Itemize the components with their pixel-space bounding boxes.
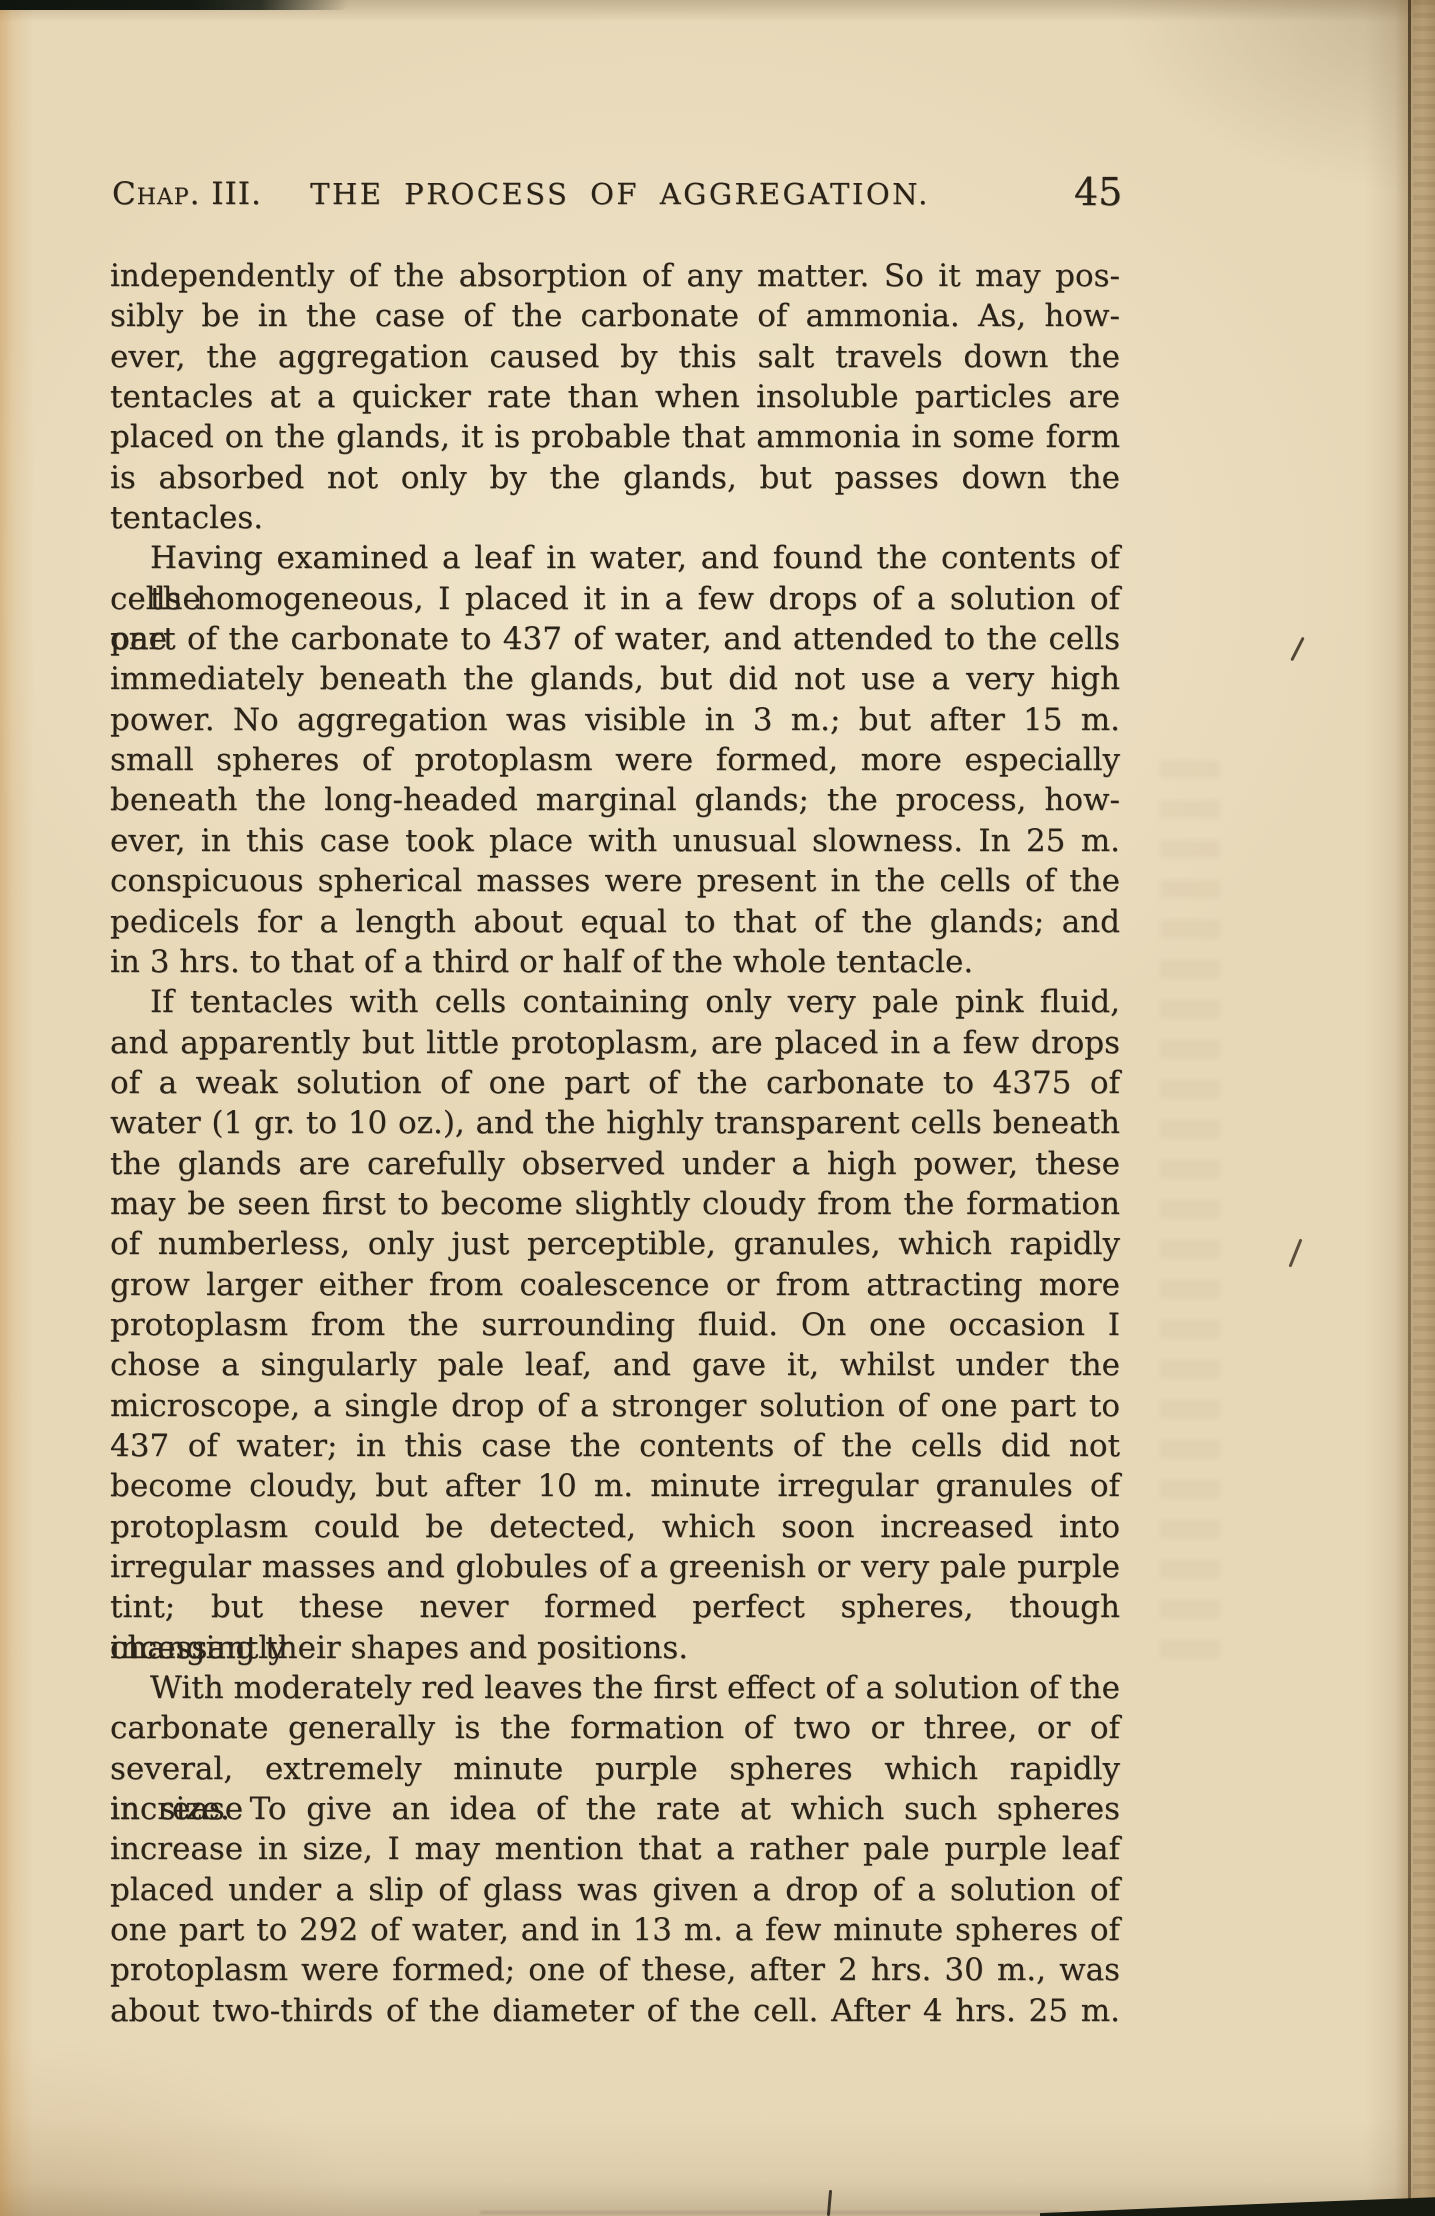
paragraph: With moderately red leaves the first eff… bbox=[110, 1668, 1120, 2031]
text-line: 437 of water; in this case the contents … bbox=[110, 1426, 1120, 1466]
text-line: part of the carbonate to 437 of water, a… bbox=[110, 619, 1120, 659]
bottom-smudge bbox=[480, 2211, 1060, 2214]
page-number: 45 bbox=[1074, 170, 1122, 214]
text-line: several, extremely minute purple spheres… bbox=[110, 1749, 1120, 1789]
page-edge-right bbox=[1395, 0, 1435, 2216]
text-line: the glands are carefully observed under … bbox=[110, 1144, 1120, 1184]
margin-ink-mark bbox=[1288, 1239, 1302, 1268]
text-line: of a weak solution of one part of the ca… bbox=[110, 1063, 1120, 1103]
chapter-label: Chap. III. bbox=[112, 176, 262, 212]
text-line: If tentacles with cells containing only … bbox=[110, 982, 1120, 1022]
text-line: protoplasm were formed; one of these, af… bbox=[110, 1950, 1120, 1990]
text-line: power. No aggregation was visible in 3 m… bbox=[110, 700, 1120, 740]
show-through-streaks bbox=[1160, 760, 1220, 1660]
text-line: small spheres of protoplasm were formed,… bbox=[110, 740, 1120, 780]
text-line: about two-thirds of the diameter of the … bbox=[110, 1991, 1120, 2031]
text-line: of numberless, only just perceptible, gr… bbox=[110, 1224, 1120, 1264]
text-line: ever, the aggregation caused by this sal… bbox=[110, 337, 1120, 377]
text-line: conspicuous spherical masses were presen… bbox=[110, 861, 1120, 901]
scan-artifact-top-band bbox=[0, 0, 348, 10]
text-line: With moderately red leaves the first eff… bbox=[110, 1668, 1120, 1708]
scan-artifact-bottom-bar bbox=[1040, 2192, 1435, 2216]
text-line: chose a singularly pale leaf, and gave i… bbox=[110, 1345, 1120, 1385]
text-line: ever, in this case took place with unusu… bbox=[110, 821, 1120, 861]
text-line: irregular masses and globules of a green… bbox=[110, 1547, 1120, 1587]
text-line: placed on the glands, it is probable tha… bbox=[110, 417, 1120, 457]
text-line: placed under a slip of glass was given a… bbox=[110, 1870, 1120, 1910]
paragraph: Having examined a leaf in water, and fou… bbox=[110, 538, 1120, 982]
body-text: independently of the absorption of any m… bbox=[110, 256, 1120, 2031]
text-line: become cloudy, but after 10 m. minute ir… bbox=[110, 1466, 1120, 1506]
text-line: in size. To give an idea of the rate at … bbox=[110, 1789, 1120, 1829]
text-line: carbonate generally is the formation of … bbox=[110, 1708, 1120, 1748]
text-line: one part to 292 of water, and in 13 m. a… bbox=[110, 1910, 1120, 1950]
text-line: changing their shapes and positions. bbox=[110, 1628, 1120, 1668]
text-line: tentacles at a quicker rate than when in… bbox=[110, 377, 1120, 417]
page-header-title: THE PROCESS OF AGGREGATION. bbox=[310, 177, 930, 211]
text-line: independently of the absorption of any m… bbox=[110, 256, 1120, 296]
text-line: increase in size, I may mention that a r… bbox=[110, 1829, 1120, 1869]
text-line: grow larger either from coalescence or f… bbox=[110, 1265, 1120, 1305]
paragraph: If tentacles with cells containing only … bbox=[110, 982, 1120, 1668]
text-line: tint; but these never formed perfect sph… bbox=[110, 1587, 1120, 1627]
book-page-scan: Chap. III. THE PROCESS OF AGGREGATION. 4… bbox=[0, 0, 1435, 2216]
text-line: immediately beneath the glands, but did … bbox=[110, 659, 1120, 699]
text-line: is absorbed not only by the glands, but … bbox=[110, 458, 1120, 498]
text-line: microscope, a single drop of a stronger … bbox=[110, 1386, 1120, 1426]
text-line: tentacles. bbox=[110, 498, 1120, 538]
text-line: beneath the long-headed marginal glands;… bbox=[110, 780, 1120, 820]
text-line: in 3 hrs. to that of a third or half of … bbox=[110, 942, 1120, 982]
text-line: Having examined a leaf in water, and fou… bbox=[110, 538, 1120, 578]
text-line: protoplasm could be detected, which soon… bbox=[110, 1507, 1120, 1547]
text-line: and apparently but little protoplasm, ar… bbox=[110, 1023, 1120, 1063]
text-line: water (1 gr. to 10 oz.), and the highly … bbox=[110, 1103, 1120, 1143]
running-header: Chap. III. THE PROCESS OF AGGREGATION. 4… bbox=[110, 172, 1120, 214]
margin-ink-mark bbox=[1290, 637, 1304, 662]
text-line: may be seen first to become slightly clo… bbox=[110, 1184, 1120, 1224]
text-line: cells homogeneous, I placed it in a few … bbox=[110, 579, 1120, 619]
paragraph: independently of the absorption of any m… bbox=[110, 256, 1120, 538]
text-line: protoplasm from the surrounding fluid. O… bbox=[110, 1305, 1120, 1345]
text-line: sibly be in the case of the carbonate of… bbox=[110, 296, 1120, 336]
text-line: pedicels for a length about equal to tha… bbox=[110, 902, 1120, 942]
